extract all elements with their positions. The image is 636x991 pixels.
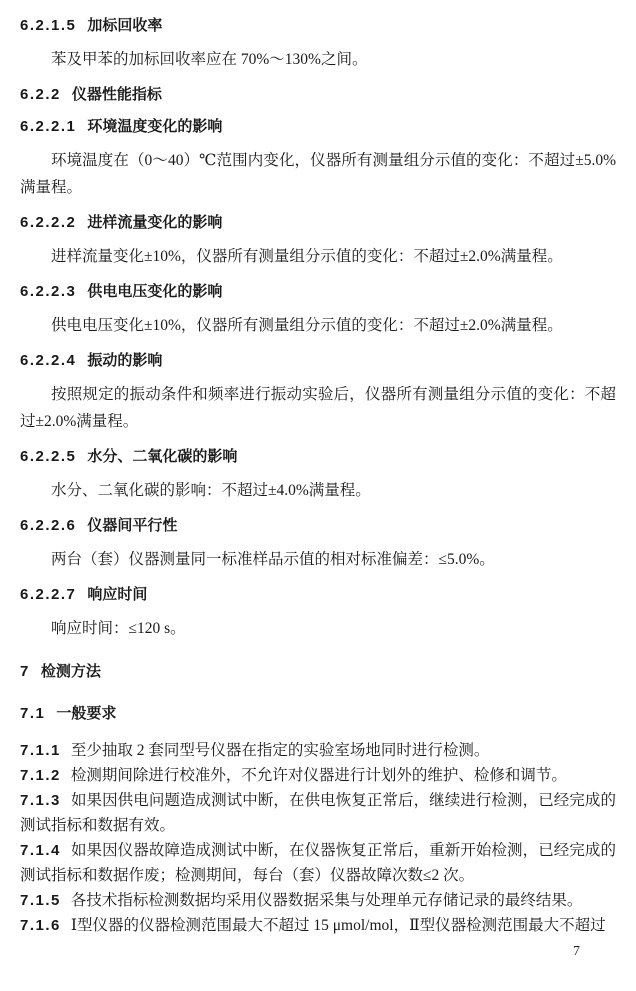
numbered-clause-7-1-6: 7.1.6Ⅰ型仪器的仪器检测范围最大不超过 15 μmol/mol，Ⅱ型仪器检测… <box>20 913 616 938</box>
paragraph: 苯及甲苯的加标回收率应在 70%～130%之间。 <box>20 46 616 73</box>
clause-title: 水分、二氧化碳的影响 <box>87 448 237 465</box>
clause-number: 7.1.3 <box>20 792 61 809</box>
clause-heading-6-2-2-7: 6.2.2.7响应时间 <box>20 585 616 605</box>
numbered-clause-list: 7.1.1至少抽取 2 套同型号仪器在指定的实验室场地同时进行检测。 7.1.2… <box>20 738 616 938</box>
clause-number: 6.2.1.5 <box>20 17 76 34</box>
clause-title: 加标回收率 <box>87 17 162 34</box>
clause-heading-6-2-2-3: 6.2.2.3供电电压变化的影响 <box>20 282 616 302</box>
clause-title: 仪器间平行性 <box>87 517 177 534</box>
clause-number: 6.2.2.5 <box>20 448 76 465</box>
clause-heading-6-2-2-2: 6.2.2.2进样流量变化的影响 <box>20 213 616 233</box>
page-number: 7 <box>573 944 580 960</box>
paragraph: 进样流量变化±10%，仪器所有测量组分示值的变化：不超过±2.0%满量程。 <box>20 243 616 270</box>
clause-heading-6-2-1-5: 6.2.1.5加标回收率 <box>20 16 616 36</box>
clause-title: 仪器性能指标 <box>72 86 162 103</box>
document-page: 6.2.1.5加标回收率 苯及甲苯的加标回收率应在 70%～130%之间。 6.… <box>0 0 636 991</box>
clause-number: 6.2.2.1 <box>20 118 76 135</box>
paragraph: 供电电压变化±10%，仪器所有测量组分示值的变化：不超过±2.0%满量程。 <box>20 312 616 339</box>
clause-title: 一般要求 <box>56 705 116 722</box>
clause-number: 6.2.2.7 <box>20 586 76 603</box>
clause-number: 7.1.5 <box>20 892 61 909</box>
clause-number: 7.1.6 <box>20 917 61 934</box>
paragraph: 环境温度在（0～40）℃范围内变化，仪器所有测量组分示值的变化：不超过±5.0%… <box>20 147 616 201</box>
clause-text: 至少抽取 2 套同型号仪器在指定的实验室场地同时进行检测。 <box>71 742 490 759</box>
clause-number: 6.2.2.2 <box>20 214 76 231</box>
clause-number: 6.2.2 <box>20 86 61 103</box>
clause-number: 6.2.2.4 <box>20 352 76 369</box>
numbered-clause-7-1-3: 7.1.3如果因供电问题造成测试中断，在供电恢复正常后，继续进行检测，已经完成的… <box>20 788 616 838</box>
paragraph: 响应时间：≤120 s。 <box>20 615 616 642</box>
paragraph: 按照规定的振动条件和频率进行振动实验后，仪器所有测量组分示值的变化：不超过±2.… <box>20 381 616 435</box>
clause-number: 6.2.2.3 <box>20 283 76 300</box>
clause-heading-6-2-2: 6.2.2仪器性能指标 <box>20 85 616 105</box>
clause-number: 6.2.2.6 <box>20 517 76 534</box>
numbered-clause-7-1-5: 7.1.5各技术指标检测数据均采用仪器数据采集与处理单元存储记录的最终结果。 <box>20 888 616 913</box>
clause-title: 环境温度变化的影响 <box>87 118 222 135</box>
clause-title: 进样流量变化的影响 <box>87 214 222 231</box>
chapter-heading-7: 7检测方法 <box>20 662 616 682</box>
numbered-clause-7-1-2: 7.1.2检测期间除进行校准外，不允许对仪器进行计划外的维护、检修和调节。 <box>20 763 616 788</box>
clause-number: 7.1 <box>20 705 45 722</box>
clause-heading-6-2-2-6: 6.2.2.6仪器间平行性 <box>20 516 616 536</box>
clause-text: 如果因仪器故障造成测试中断，在仪器恢复正常后，重新开始检测，已经完成的测试指标和… <box>20 842 616 884</box>
clause-heading-6-2-2-1: 6.2.2.1环境温度变化的影响 <box>20 117 616 137</box>
numbered-clause-7-1-4: 7.1.4如果因仪器故障造成测试中断，在仪器恢复正常后，重新开始检测，已经完成的… <box>20 838 616 888</box>
paragraph: 水分、二氧化碳的影响：不超过±4.0%满量程。 <box>20 477 616 504</box>
clause-heading-7-1: 7.1一般要求 <box>20 704 616 724</box>
clause-title: 响应时间 <box>87 586 147 603</box>
clause-heading-6-2-2-5: 6.2.2.5水分、二氧化碳的影响 <box>20 447 616 467</box>
clause-text: 各技术指标检测数据均采用仪器数据采集与处理单元存储记录的最终结果。 <box>71 892 583 909</box>
clause-heading-6-2-2-4: 6.2.2.4振动的影响 <box>20 351 616 371</box>
clause-title: 供电电压变化的影响 <box>87 283 222 300</box>
chapter-title: 检测方法 <box>41 663 101 680</box>
clause-number: 7.1.1 <box>20 742 61 759</box>
clause-text: 如果因供电问题造成测试中断，在供电恢复正常后，继续进行检测，已经完成的测试指标和… <box>20 792 616 834</box>
clause-number: 7.1.4 <box>20 842 61 859</box>
paragraph: 两台（套）仪器测量同一标准样品示值的相对标准偏差：≤5.0%。 <box>20 546 616 573</box>
clause-text: 检测期间除进行校准外，不允许对仪器进行计划外的维护、检修和调节。 <box>71 767 567 784</box>
clause-number: 7.1.2 <box>20 767 61 784</box>
numbered-clause-7-1-1: 7.1.1至少抽取 2 套同型号仪器在指定的实验室场地同时进行检测。 <box>20 738 616 763</box>
clause-text: Ⅰ型仪器的仪器检测范围最大不超过 15 μmol/mol，Ⅱ型仪器检测范围最大不… <box>71 917 606 934</box>
chapter-number: 7 <box>20 663 30 680</box>
clause-title: 振动的影响 <box>87 352 162 369</box>
